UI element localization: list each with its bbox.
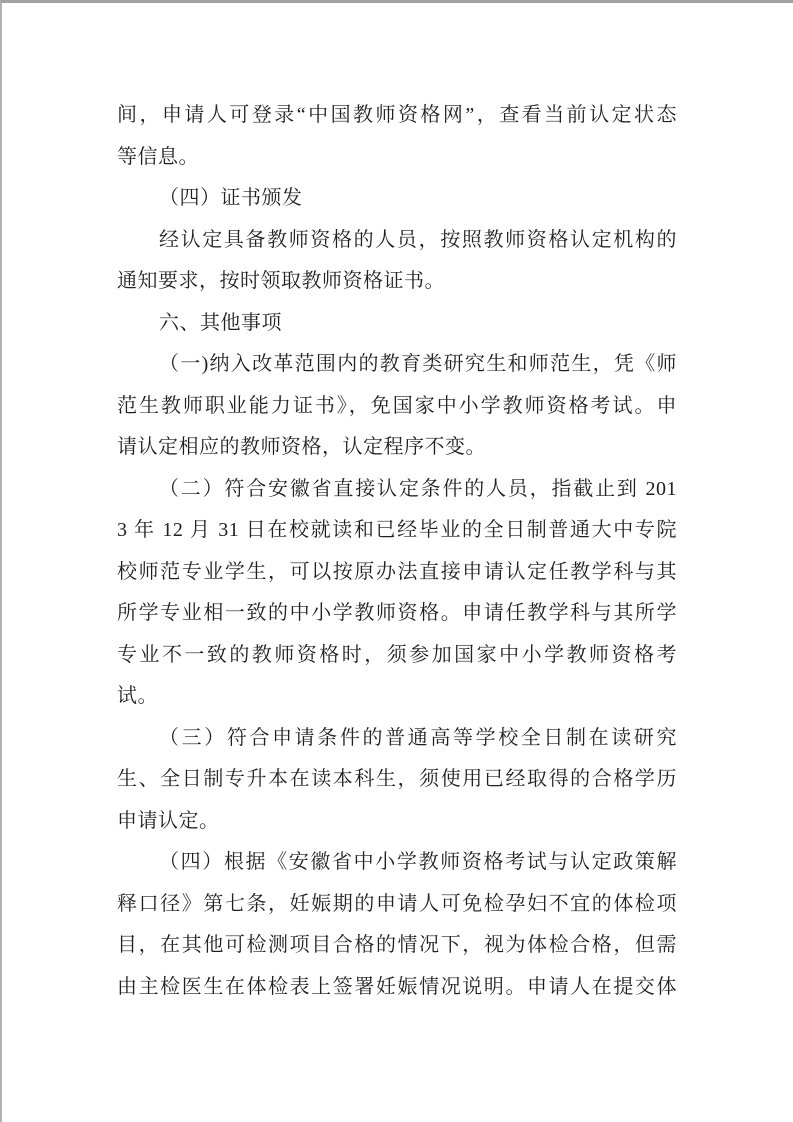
text-line: 校师范专业学生，可以按原办法直接申请认定任教学科与其: [117, 552, 677, 594]
text-line-section-4-heading: （四）证书颁发: [117, 178, 677, 220]
document-page: 间，申请人可登录“中国教师资格网”，查看当前认定状态 等信息。 （四）证书颁发 …: [0, 0, 793, 1122]
text-line: 由主检医生在体检表上签署妊娠情况说明。申请人在提交体: [117, 967, 677, 1009]
text-line: （二）符合安徽省直接认定条件的人员，指截止到 201: [117, 469, 677, 511]
text-line: 范生教师职业能力证书》，免国家中小学教师资格考试。申: [117, 386, 677, 428]
text-line: 生、全日制专升本在读本科生，须使用已经取得的合格学历: [117, 759, 677, 801]
text-line: 释口径》第七条，妊娠期的申请人可免检孕妇不宜的体检项: [117, 884, 677, 926]
text-line: 等信息。: [117, 137, 677, 179]
text-line: 3 年 12 月 31 日在校就读和已经毕业的全日制普通大中专院: [117, 510, 677, 552]
text-line: 经认定具备教师资格的人员，按照教师资格认定机构的: [117, 220, 677, 262]
text-line: 专业不一致的教师资格时，须参加国家中小学教师资格考: [117, 635, 677, 677]
text-line: （三）符合申请条件的普通高等学校全日制在读研究: [117, 718, 677, 760]
text-line: 目，在其他可检测项目合格的情况下，视为体检合格，但需: [117, 925, 677, 967]
text-line: 所学专业相一致的中小学教师资格。申请任教学科与其所学: [117, 593, 677, 635]
text-line: 请认定相应的教师资格，认定程序不变。: [117, 427, 677, 469]
text-line: （四）根据《安徽省中小学教师资格考试与认定政策解: [117, 842, 677, 884]
text-line: 申请认定。: [117, 801, 677, 843]
text-line: 间，申请人可登录“中国教师资格网”，查看当前认定状态: [117, 95, 677, 137]
document-body: 间，申请人可登录“中国教师资格网”，查看当前认定状态 等信息。 （四）证书颁发 …: [117, 3, 677, 1008]
text-line-section-6-heading: 六、其他事项: [117, 303, 677, 345]
text-line: （一)纳入改革范围内的教育类研究生和师范生，凭《师: [117, 344, 677, 386]
text-line: 通知要求，按时领取教师资格证书。: [117, 261, 677, 303]
text-line: 试。: [117, 676, 677, 718]
